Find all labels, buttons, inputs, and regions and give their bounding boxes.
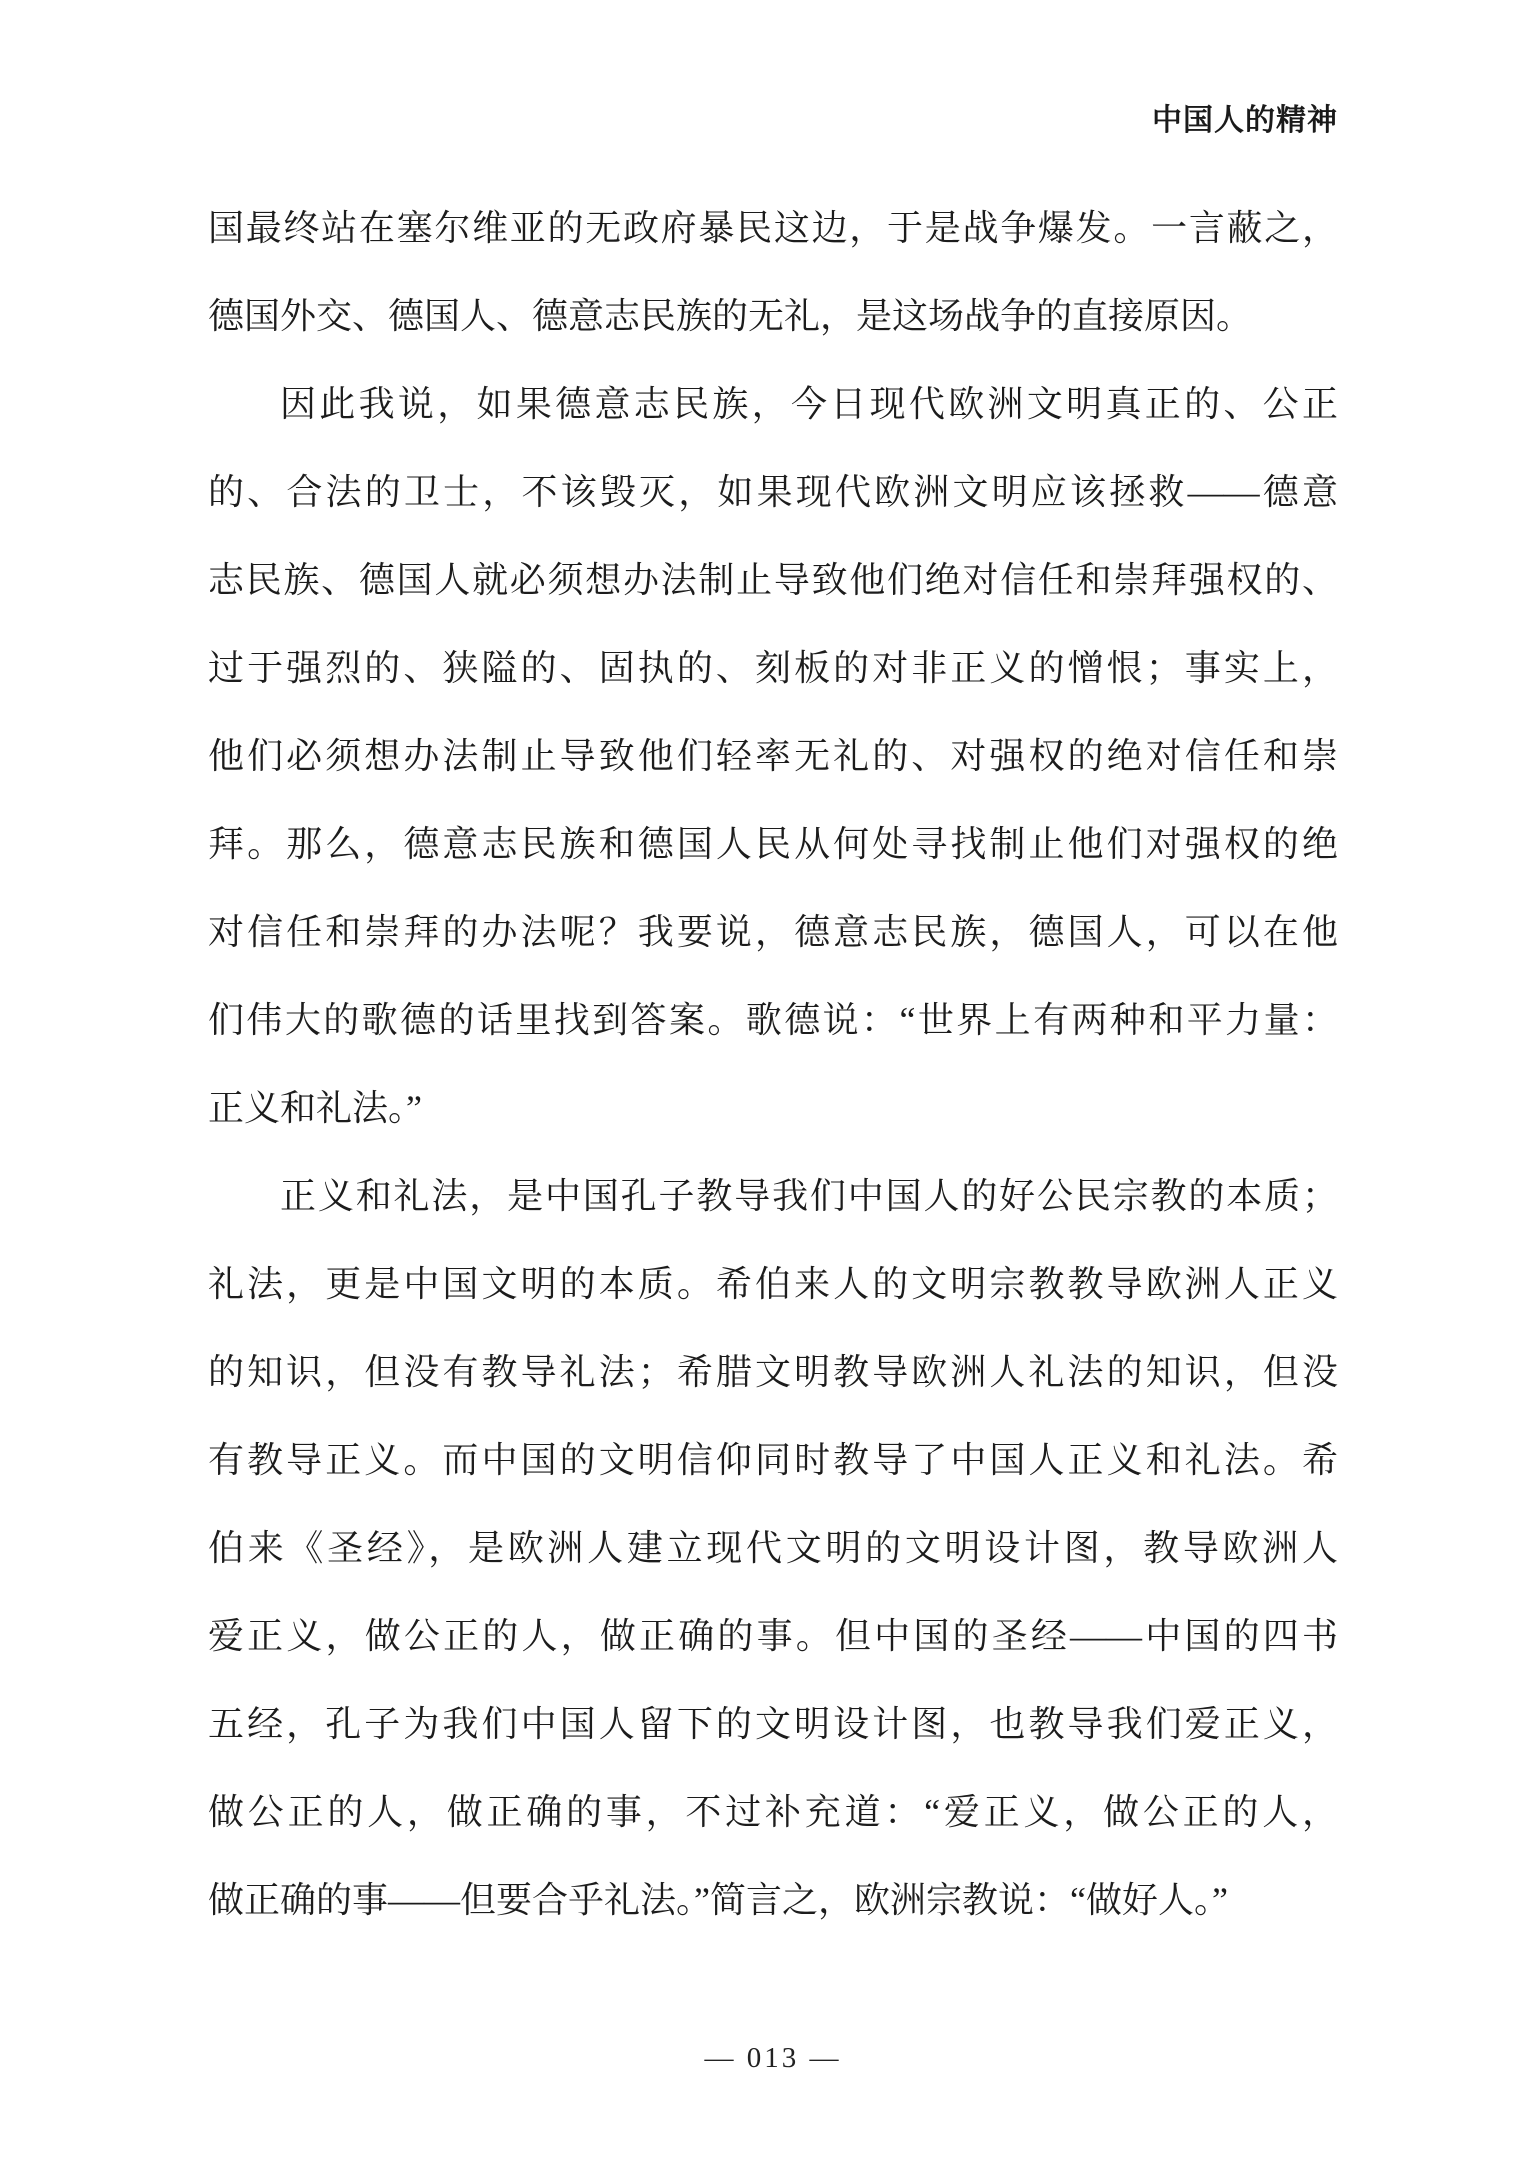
paragraph-3: 正义和礼法，是中国孔子教导我们中国人的好公民宗教的本质； 礼法，更是中国文明的本… <box>208 1152 1338 1944</box>
text-line: 因此我说，如果德意志民族，今日现代欧洲文明真正的、公正 <box>208 360 1338 448</box>
text-line: 五经，孔子为我们中国人留下的文明设计图，也教导我们爱正义， <box>208 1680 1338 1768</box>
text-line: 过于强烈的、狭隘的、固执的、刻板的对非正义的憎恨；事实上， <box>208 624 1338 712</box>
text-line: 有教导正义。而中国的文明信仰同时教导了中国人正义和礼法。希 <box>208 1416 1338 1504</box>
text-line: 爱正义，做公正的人，做正确的事。但中国的圣经——中国的四书 <box>208 1592 1338 1680</box>
paragraph-2: 因此我说，如果德意志民族，今日现代欧洲文明真正的、公正 的、合法的卫士，不该毁灭… <box>208 360 1338 1152</box>
text-line: 做正确的事——但要合乎礼法。”简言之，欧洲宗教说：“做好人。” <box>208 1856 1338 1944</box>
book-title: 中国人的精神 <box>1152 104 1338 137</box>
page-body: 国最终站在塞尔维亚的无政府暴民这边，于是战争爆发。一言蔽之， 德国外交、德国人、… <box>208 184 1338 1944</box>
text-line: 志民族、德国人就必须想办法制止导致他们绝对信任和崇拜强权的、 <box>208 536 1338 624</box>
text-line: 的知识，但没有教导礼法；希腊文明教导欧洲人礼法的知识，但没 <box>208 1328 1338 1416</box>
text-line: 拜。那么，德意志民族和德国人民从何处寻找制止他们对强权的绝 <box>208 800 1338 888</box>
text-line: 做公正的人，做正确的事，不过补充道：“爱正义，做公正的人， <box>208 1768 1338 1856</box>
text-line: 国最终站在塞尔维亚的无政府暴民这边，于是战争爆发。一言蔽之， <box>208 184 1338 272</box>
text-line: 正义和礼法，是中国孔子教导我们中国人的好公民宗教的本质； <box>208 1152 1338 1240</box>
page-number: — 013 — <box>705 2042 842 2074</box>
text-line: 们伟大的歌德的话里找到答案。歌德说：“世界上有两种和平力量： <box>208 976 1338 1064</box>
text-line: 的、合法的卫士，不该毁灭，如果现代欧洲文明应该拯救——德意 <box>208 448 1338 536</box>
book-page: 中国人的精神 国最终站在塞尔维亚的无政府暴民这边，于是战争爆发。一言蔽之， 德国… <box>0 0 1536 2182</box>
text-line: 他们必须想办法制止导致他们轻率无礼的、对强权的绝对信任和崇 <box>208 712 1338 800</box>
text-line: 德国外交、德国人、德意志民族的无礼，是这场战争的直接原因。 <box>208 272 1338 360</box>
paragraph-1: 国最终站在塞尔维亚的无政府暴民这边，于是战争爆发。一言蔽之， 德国外交、德国人、… <box>208 184 1338 360</box>
running-header: 中国人的精神 <box>208 103 1338 139</box>
text-line: 伯来《圣经》，是欧洲人建立现代文明的文明设计图，教导欧洲人 <box>208 1504 1338 1592</box>
text-line: 正义和礼法。” <box>208 1064 1338 1152</box>
text-line: 对信任和崇拜的办法呢？我要说，德意志民族，德国人，可以在他 <box>208 888 1338 976</box>
text-line: 礼法，更是中国文明的本质。希伯来人的文明宗教教导欧洲人正义 <box>208 1240 1338 1328</box>
page-footer: — 013 — <box>208 2038 1338 2078</box>
